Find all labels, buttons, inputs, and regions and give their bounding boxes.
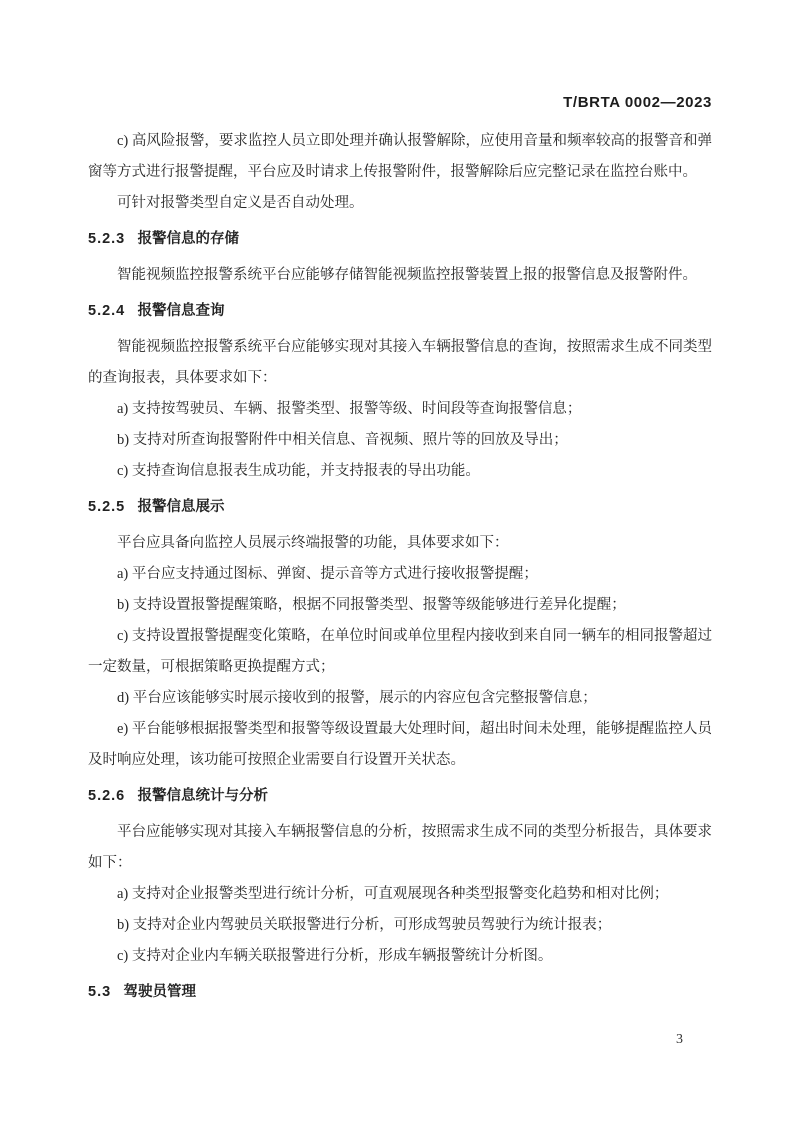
section-title: 报警信息统计与分析 — [138, 788, 269, 804]
section-number: 5.2.3 — [88, 231, 125, 247]
section-title: 报警信息展示 — [138, 499, 225, 515]
paragraph-analysis-intro: 平台应能够实现对其接入车辆报警信息的分析，按照需求生成不同的类型分析报告，具体要… — [88, 817, 712, 879]
section-number: 5.3 — [88, 984, 111, 1000]
list-item-display-e: e) 平台能够根据报警类型和报警等级设置最大处理时间，超出时间未处理，能够提醒监… — [88, 714, 712, 776]
section-title: 报警信息查询 — [138, 303, 225, 319]
paragraph-item-c-high-risk-alarm: c) 高风险报警，要求监控人员立即处理并确认报警解除，应使用音量和频率较高的报警… — [88, 126, 712, 188]
document-page: T/BRTA 0002—2023 c) 高风险报警，要求监控人员立即处理并确认报… — [0, 0, 794, 1123]
section-heading-5-2-4: 5.2.4报警信息查询 — [88, 296, 712, 327]
paragraph-storage-requirement: 智能视频监控报警系统平台应能够存储智能视频监控报警装置上报的报警信息及报警附件。 — [88, 260, 712, 291]
section-number: 5.2.5 — [88, 499, 125, 515]
paragraph-query-intro: 智能视频监控报警系统平台应能够实现对其接入车辆报警信息的查询，按照需求生成不同类… — [88, 332, 712, 394]
list-item-analysis-c: c) 支持对企业内车辆关联报警进行分析，形成车辆报警统计分析图。 — [88, 941, 712, 972]
section-heading-5-2-6: 5.2.6报警信息统计与分析 — [88, 781, 712, 812]
list-item-query-a: a) 支持按驾驶员、车辆、报警类型、报警等级、时间段等查询报警信息； — [88, 394, 712, 425]
list-item-analysis-a: a) 支持对企业报警类型进行统计分析，可直观展现各种类型报警变化趋势和相对比例； — [88, 879, 712, 910]
section-heading-5-2-5: 5.2.5报警信息展示 — [88, 492, 712, 523]
document-body: c) 高风险报警，要求监控人员立即处理并确认报警解除，应使用音量和频率较高的报警… — [88, 126, 712, 1013]
document-number-header: T/BRTA 0002—2023 — [563, 94, 712, 111]
list-item-display-a: a) 平台应支持通过图标、弹窗、提示音等方式进行接收报警提醒； — [88, 559, 712, 590]
list-item-query-b: b) 支持对所查询报警附件中相关信息、音视频、照片等的回放及导出； — [88, 425, 712, 456]
list-item-display-d: d) 平台应该能够实时展示接收到的报警，展示的内容应包含完整报警信息； — [88, 683, 712, 714]
section-heading-5-2-3: 5.2.3报警信息的存储 — [88, 224, 712, 255]
list-item-analysis-b: b) 支持对企业内驾驶员关联报警进行分析，可形成驾驶员驾驶行为统计报表； — [88, 910, 712, 941]
section-number: 5.2.6 — [88, 788, 125, 804]
section-heading-5-3: 5.3驾驶员管理 — [88, 977, 712, 1008]
page-number: 3 — [676, 1031, 683, 1049]
list-item-display-c: c) 支持设置报警提醒变化策略，在单位时间或单位里程内接收到来自同一辆车的相同报… — [88, 621, 712, 683]
paragraph-display-intro: 平台应具备向监控人员展示终端报警的功能，具体要求如下： — [88, 528, 712, 559]
list-item-query-c: c) 支持查询信息报表生成功能，并支持报表的导出功能。 — [88, 456, 712, 487]
section-title: 驾驶员管理 — [123, 984, 196, 1000]
section-title: 报警信息的存储 — [138, 231, 240, 247]
list-item-display-b: b) 支持设置报警提醒策略，根据不同报警类型、报警等级能够进行差异化提醒； — [88, 590, 712, 621]
paragraph-auto-handle-note: 可针对报警类型自定义是否自动处理。 — [88, 188, 712, 219]
section-number: 5.2.4 — [88, 303, 125, 319]
